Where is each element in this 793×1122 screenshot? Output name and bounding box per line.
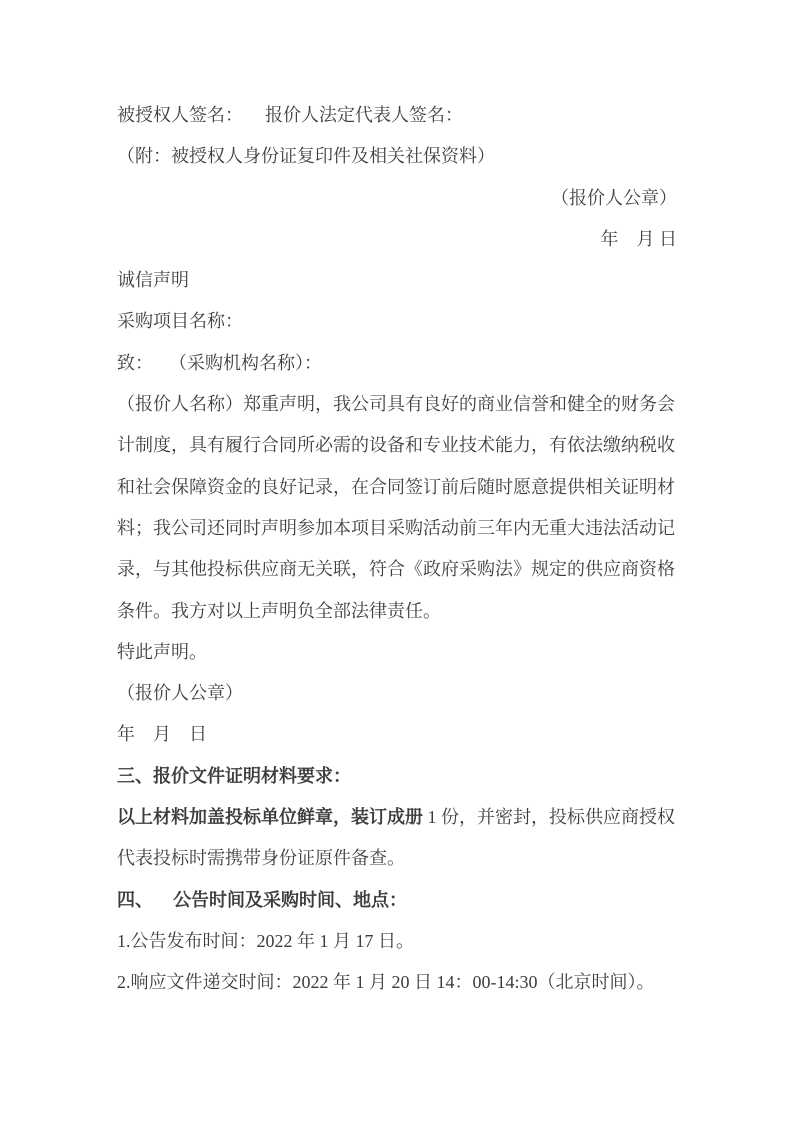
text-line: 采购项目名称： [117,301,677,342]
text-line: 料；我公司还同时声明参加本项目采购活动前三年内无重大违法活动记 [117,508,677,549]
text-run: 年 月 日 [117,724,207,744]
text-line: 录，与其他投标供应商无关联，符合《政府采购法》规定的供应商资格 [117,549,677,590]
text-run: （采购机构名称）： [169,353,322,373]
text-run: 年 月 日 [601,229,678,249]
text-line: 1.公告发布时间：2022 年 1 月 17 日。 [117,921,677,962]
text-line: 特此声明。 [117,632,677,673]
text-line: 诚信声明 [117,260,677,301]
text-run: （报价人名称）郑重声明，我公司具有良好的商业信誉和健全的财务会 [117,394,675,414]
tab-space [153,905,173,906]
text-run: 采购项目名称： [117,311,243,331]
text-run: 致： [117,353,153,373]
text-run: 三、报价文件证明材料要求： [117,766,351,786]
text-run: 被授权人签名： [117,105,243,125]
text-run: 计制度，具有履行合同所必需的设备和专业技术能力，有依法缴纳税收 [117,435,675,455]
text-line: （报价人公章） [117,673,677,714]
text-line: 四、公告时间及采购时间、地点： [117,880,677,921]
text-run: （报价人公章） [551,188,677,208]
text-run: 四、 [117,890,153,910]
text-line: 年 月 日 [117,714,677,755]
text-line: 代表投标时需携带身份证原件备查。 [117,838,677,879]
document-body: 被授权人签名：报价人法定代表人签名：（附：被授权人身份证复印件及相关社保资料）（… [117,95,677,1004]
text-run: 条件。我方对以上声明负全部法律责任。 [117,601,441,621]
text-run: （报价人公章） [117,683,243,703]
text-run: 1 份，并密封，投标供应商授权 [423,807,675,827]
text-line: 和社会保障资金的良好记录，在合同签订前后随时愿意提供相关证明材 [117,467,677,508]
text-line: （报价人公章） [117,178,677,219]
text-line: 2.响应文件递交时间：2022 年 1 月 20 日 14：00-14:30（北… [117,962,677,1003]
text-line: 年 月 日 [117,219,677,260]
text-run: 和社会保障资金的良好记录，在合同签订前后随时愿意提供相关证明材 [117,477,675,497]
text-run: 料；我公司还同时声明参加本项目采购活动前三年内无重大违法活动记 [117,518,675,538]
document-page: 被授权人签名：报价人法定代表人签名：（附：被授权人身份证复印件及相关社保资料）（… [0,0,793,1122]
text-line: 条件。我方对以上声明负全部法律责任。 [117,591,677,632]
text-run: （附：被授权人身份证复印件及相关社保资料） [117,146,495,166]
text-run: 以上材料加盖投标单位鲜章，装订成册 [117,807,423,827]
text-line: 计制度，具有履行合同所必需的设备和专业技术能力，有依法缴纳税收 [117,425,677,466]
text-run: 特此声明。 [117,642,207,662]
tab-space [153,368,169,369]
text-run: 1.公告发布时间：2022 年 1 月 17 日。 [117,931,414,951]
text-line: （附：被授权人身份证复印件及相关社保资料） [117,136,677,177]
text-run: 2.响应文件递交时间：2022 年 1 月 20 日 14：00-14:30（北… [117,972,655,992]
text-line: 三、报价文件证明材料要求： [117,756,677,797]
text-run: 报价人法定代表人签名： [265,105,463,125]
tab-space [243,120,265,121]
text-line: 被授权人签名：报价人法定代表人签名： [117,95,677,136]
text-line: 致：（采购机构名称）： [117,343,677,384]
text-run: 公告时间及采购时间、地点： [173,890,407,910]
text-run: 诚信声明 [117,270,189,290]
text-run: 录，与其他投标供应商无关联，符合《政府采购法》规定的供应商资格 [117,559,675,579]
text-line: （报价人名称）郑重声明，我公司具有良好的商业信誉和健全的财务会 [117,384,677,425]
text-line: 以上材料加盖投标单位鲜章，装订成册 1 份，并密封，投标供应商授权 [117,797,677,838]
text-run: 代表投标时需携带身份证原件备查。 [117,848,405,868]
